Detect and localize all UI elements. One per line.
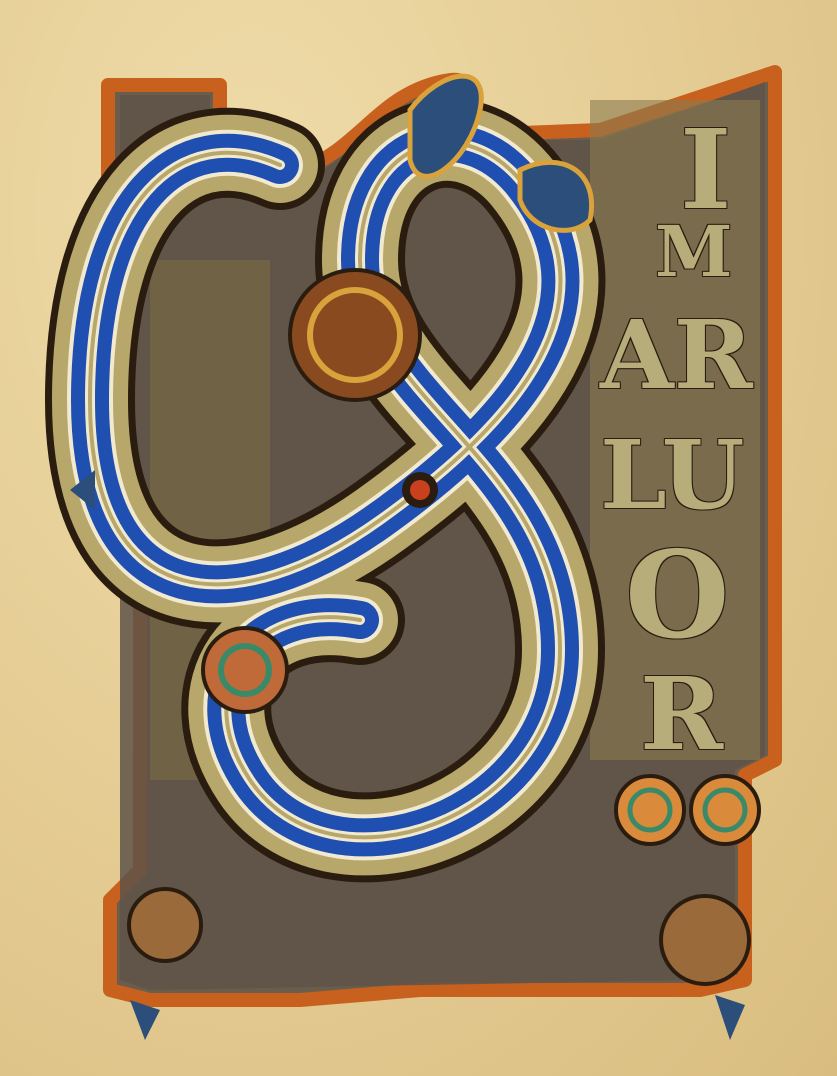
letter-5: O [625, 525, 730, 666]
manuscript-page: I M AR LU O R [0, 0, 837, 1076]
letter-2: M [655, 210, 733, 293]
letter-4: LU [600, 420, 744, 531]
manuscript-lettering: I M AR LU O R [600, 95, 770, 775]
letter-6: R [640, 655, 723, 773]
letter-3: AR [600, 300, 753, 411]
